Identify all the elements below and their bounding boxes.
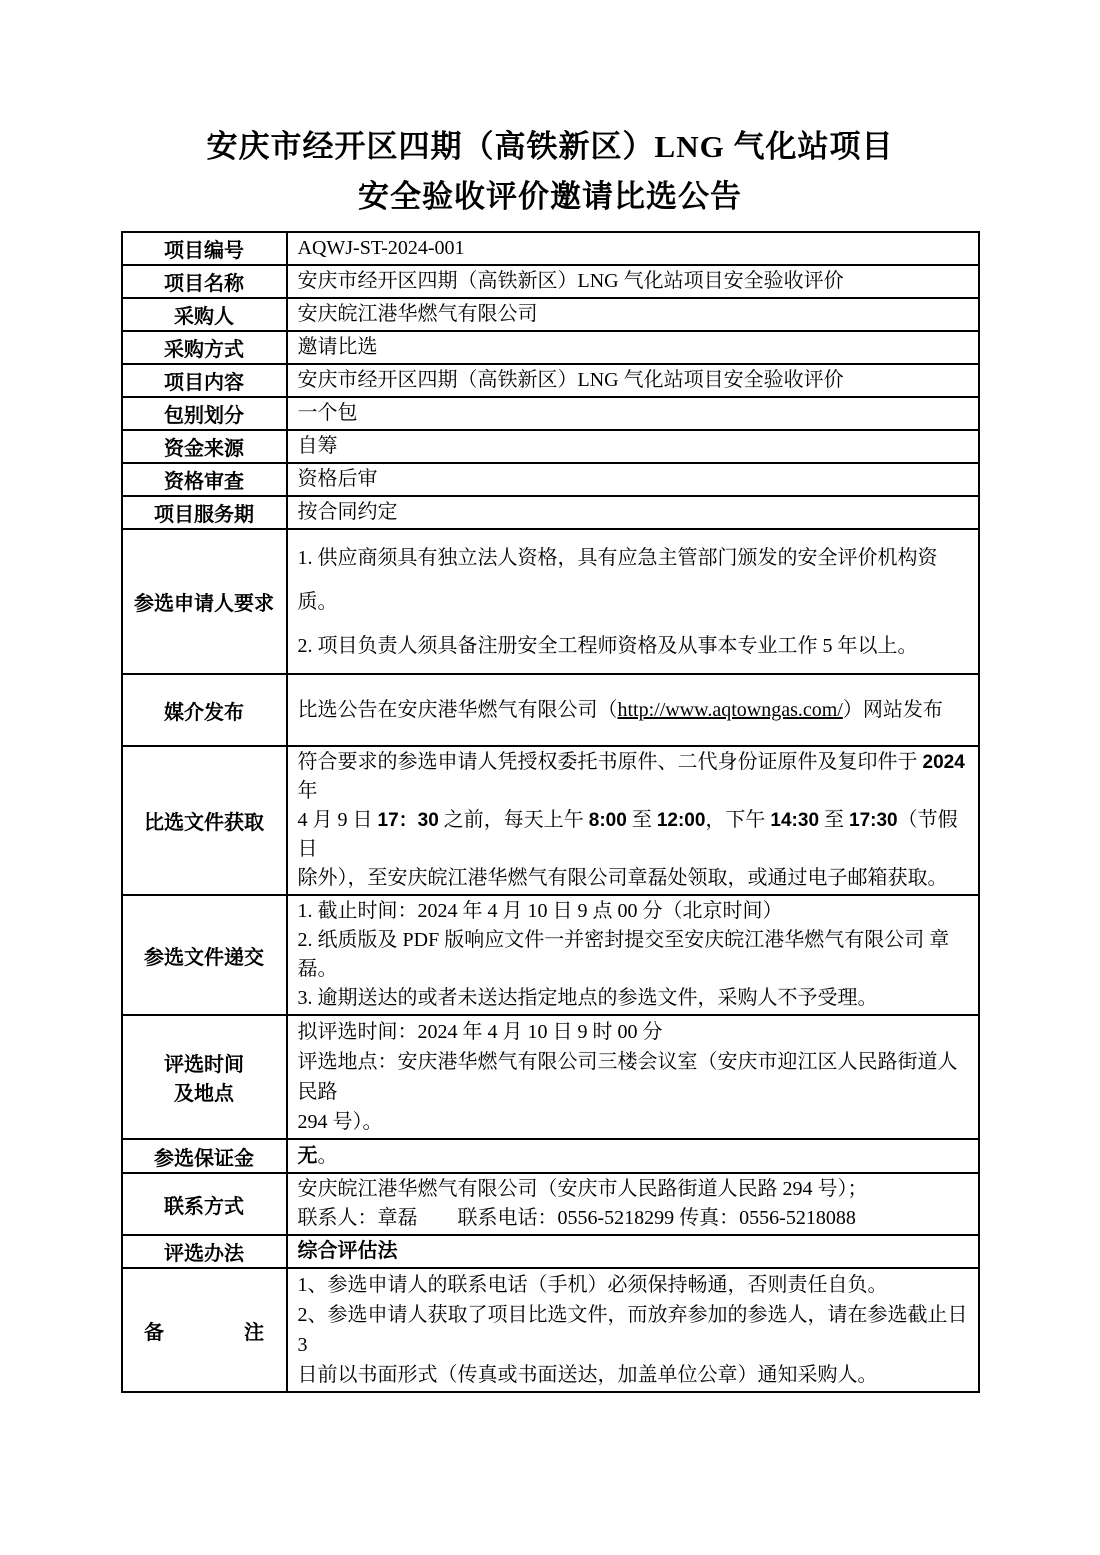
value-line: 综合评估法	[298, 1237, 969, 1266]
row-value-media-publication: 比选公告在安庆港华燃气有限公司（http://www.aqtowngas.com…	[287, 674, 979, 746]
value-line: 资格后审	[298, 465, 969, 494]
text-segment: 安庆市经开区四期（高铁新区）LNG 气化站项目安全验收评价	[298, 270, 844, 292]
row-value-procurement-method: 邀请比选	[287, 331, 979, 364]
text-segment: 联系人：章磊 联系电话：0556-5218299 传真：0556-5218088	[298, 1207, 856, 1229]
value-line: 无。	[298, 1142, 969, 1171]
announcement-table: 项目编号AQWJ-ST-2024-001项目名称安庆市经开区四期（高铁新区）LN…	[121, 231, 980, 1393]
row-label-qualification-review: 资格审查	[122, 463, 287, 496]
row-label-project-number: 项目编号	[122, 232, 287, 265]
row-value-evaluation-time-place: 拟评选时间：2024 年 4 月 10 日 9 时 00 分评选地点：安庆港华燃…	[287, 1015, 979, 1139]
row-label-deposit: 参选保证金	[122, 1139, 287, 1173]
text-segment: 按合同约定	[298, 501, 398, 523]
row-value-project-name: 安庆市经开区四期（高铁新区）LNG 气化站项目安全验收评价	[287, 265, 979, 298]
text-segment: ）网站发布	[843, 699, 943, 721]
text-segment: 自筹	[298, 435, 338, 457]
text-segment: 综合评估法	[298, 1240, 398, 1262]
row-label-package-division: 包别划分	[122, 397, 287, 430]
text-segment: 至	[819, 809, 849, 831]
text-segment: 安庆皖江港华燃气有限公司	[298, 303, 538, 325]
text-segment: 4 月 9 日	[298, 809, 378, 831]
row-value-purchaser: 安庆皖江港华燃气有限公司	[287, 298, 979, 331]
row-label-project-content: 项目内容	[122, 364, 287, 397]
value-line: 联系人：章磊 联系电话：0556-5218299 传真：0556-5218088	[298, 1204, 969, 1233]
text-segment: 1. 截止时间：2024 年 4 月 10 日 9 点 00 分（北京时间）	[298, 900, 783, 922]
value-line: 1、参选申请人的联系电话（手机）必须保持畅通，否则责任自负。	[298, 1270, 969, 1300]
table-row-media-publication: 媒介发布比选公告在安庆港华燃气有限公司（http://www.aqtowngas…	[122, 674, 979, 746]
text-segment: 安庆皖江港华燃气有限公司（安庆市人民路街道人民路 294 号）；	[298, 1178, 868, 1200]
row-value-package-division: 一个包	[287, 397, 979, 430]
value-line: 比选公告在安庆港华燃气有限公司（http://www.aqtowngas.com…	[298, 696, 969, 725]
row-value-qualification-review: 资格后审	[287, 463, 979, 496]
table-row-document-acquisition: 比选文件获取符合要求的参选申请人凭授权委托书原件、二代身份证原件及复印件于 20…	[122, 746, 979, 895]
value-line: 符合要求的参选申请人凭授权委托书原件、二代身份证原件及复印件于 2024 年	[298, 748, 969, 806]
text-segment: 邀请比选	[298, 336, 378, 358]
text-segment: 17:30	[849, 810, 898, 831]
row-value-document-submission: 1. 截止时间：2024 年 4 月 10 日 9 点 00 分（北京时间）2.…	[287, 895, 979, 1015]
table-row-project-number: 项目编号AQWJ-ST-2024-001	[122, 232, 979, 265]
value-line: 按合同约定	[298, 498, 969, 527]
row-value-project-content: 安庆市经开区四期（高铁新区）LNG 气化站项目安全验收评价	[287, 364, 979, 397]
value-line: 1. 供应商须具有独立法人资格，具有应急主管部门颁发的安全评价机构资质。	[298, 536, 969, 624]
text-segment: 之前，每天上午	[439, 809, 589, 831]
text-segment: 一个包	[298, 402, 358, 424]
text-segment: 14:30	[770, 810, 819, 831]
table-row-deposit: 参选保证金无。	[122, 1139, 979, 1173]
table-row-evaluation-method: 评选办法综合评估法	[122, 1235, 979, 1268]
value-line: 日前以书面形式（传真或书面送达，加盖单位公章）通知采购人。	[298, 1360, 969, 1390]
text-segment: 2. 项目负责人须具备注册安全工程师资格及从事本专业工作 5 年以上。	[298, 635, 918, 657]
text-segment: 3. 逾期送达的或者未送达指定地点的参选文件，采购人不予受理。	[298, 987, 878, 1009]
document-page: 安庆市经开区四期（高铁新区）LNG 气化站项目 安全验收评价邀请比选公告 项目编…	[0, 0, 1100, 1555]
row-label-contact-info: 联系方式	[122, 1173, 287, 1235]
row-label-project-name: 项目名称	[122, 265, 287, 298]
text-segment: 1、参选申请人的联系电话（手机）必须保持畅通，否则责任自负。	[298, 1274, 888, 1296]
value-line: 294 号）。	[298, 1107, 969, 1137]
row-label-document-acquisition: 比选文件获取	[122, 746, 287, 895]
row-value-project-number: AQWJ-ST-2024-001	[287, 232, 979, 265]
page-title-line-2: 安全验收评价邀请比选公告	[0, 172, 1100, 222]
row-value-applicant-requirements: 1. 供应商须具有独立法人资格，具有应急主管部门颁发的安全评价机构资质。2. 项…	[287, 529, 979, 674]
value-line: 拟评选时间：2024 年 4 月 10 日 9 时 00 分	[298, 1017, 969, 1047]
text-segment: 17：30	[378, 810, 439, 831]
table-row-project-content: 项目内容安庆市经开区四期（高铁新区）LNG 气化站项目安全验收评价	[122, 364, 979, 397]
row-label-applicant-requirements: 参选申请人要求	[122, 529, 287, 674]
value-line: 安庆市经开区四期（高铁新区）LNG 气化站项目安全验收评价	[298, 267, 969, 296]
text-segment: 294 号）。	[298, 1111, 383, 1133]
value-line: 安庆皖江港华燃气有限公司（安庆市人民路街道人民路 294 号）；	[298, 1175, 969, 1204]
row-value-document-acquisition: 符合要求的参选申请人凭授权委托书原件、二代身份证原件及复印件于 2024 年4 …	[287, 746, 979, 895]
row-label-evaluation-time-place: 评选时间 及地点	[122, 1015, 287, 1139]
value-line: 2. 项目负责人须具备注册安全工程师资格及从事本专业工作 5 年以上。	[298, 624, 969, 668]
table-row-remarks: 备 注1、参选申请人的联系电话（手机）必须保持畅通，否则责任自负。2、参选申请人…	[122, 1268, 979, 1392]
value-line: 除外），至安庆皖江港华燃气有限公司章磊处领取，或通过电子邮箱获取。	[298, 864, 969, 893]
table-row-applicant-requirements: 参选申请人要求1. 供应商须具有独立法人资格，具有应急主管部门颁发的安全评价机构…	[122, 529, 979, 674]
text-segment: 至	[627, 809, 657, 831]
row-label-document-submission: 参选文件递交	[122, 895, 287, 1015]
table-row-purchaser: 采购人安庆皖江港华燃气有限公司	[122, 298, 979, 331]
media-url-link[interactable]: http://www.aqtowngas.com/	[618, 699, 843, 721]
text-segment: 2. 纸质版及 PDF 版响应文件一并密封提交至安庆皖江港华燃气有限公司 章磊。	[298, 929, 950, 980]
row-value-evaluation-method: 综合评估法	[287, 1235, 979, 1268]
text-segment: 符合要求的参选申请人凭授权委托书原件、二代身份证原件及复印件于	[298, 751, 923, 773]
table-row-procurement-method: 采购方式邀请比选	[122, 331, 979, 364]
row-label-purchaser: 采购人	[122, 298, 287, 331]
text-segment: 日前以书面形式（传真或书面送达，加盖单位公章）通知采购人。	[298, 1364, 878, 1386]
text-segment: 除外），至安庆皖江港华燃气有限公司章磊处领取，或通过电子邮箱获取。	[298, 867, 948, 889]
table-row-service-period: 项目服务期按合同约定	[122, 496, 979, 529]
row-value-deposit: 无。	[287, 1139, 979, 1173]
value-line: 一个包	[298, 399, 969, 428]
value-line: 1. 截止时间：2024 年 4 月 10 日 9 点 00 分（北京时间）	[298, 897, 969, 926]
value-line: 4 月 9 日 17：30 之前，每天上午 8:00 至 12:00，下午 14…	[298, 806, 969, 864]
table-row-qualification-review: 资格审查资格后审	[122, 463, 979, 496]
row-value-contact-info: 安庆皖江港华燃气有限公司（安庆市人民路街道人民路 294 号）；联系人：章磊 联…	[287, 1173, 979, 1235]
value-line: 邀请比选	[298, 333, 969, 362]
value-line: AQWJ-ST-2024-001	[298, 234, 969, 263]
table-row-package-division: 包别划分一个包	[122, 397, 979, 430]
value-line: 2、参选申请人获取了项目比选文件，而放弃参加的参选人，请在参选截止日 3	[298, 1300, 969, 1360]
text-segment: 年	[298, 780, 318, 802]
text-segment: 拟评选时间：2024 年 4 月 10 日 9 时 00 分	[298, 1021, 663, 1043]
row-label-funding-source: 资金来源	[122, 430, 287, 463]
table-row-project-name: 项目名称安庆市经开区四期（高铁新区）LNG 气化站项目安全验收评价	[122, 265, 979, 298]
row-label-procurement-method: 采购方式	[122, 331, 287, 364]
row-value-service-period: 按合同约定	[287, 496, 979, 529]
page-title: 安庆市经开区四期（高铁新区）LNG 气化站项目 安全验收评价邀请比选公告	[0, 0, 1100, 222]
text-segment: 无	[298, 1145, 318, 1167]
value-line: 3. 逾期送达的或者未送达指定地点的参选文件，采购人不予受理。	[298, 984, 969, 1013]
table-row-document-submission: 参选文件递交1. 截止时间：2024 年 4 月 10 日 9 点 00 分（北…	[122, 895, 979, 1015]
text-segment: 8:00	[589, 810, 627, 831]
text-segment: 2024	[923, 752, 965, 773]
text-segment: 12:00	[657, 810, 706, 831]
announcement-table-body: 项目编号AQWJ-ST-2024-001项目名称安庆市经开区四期（高铁新区）LN…	[122, 232, 979, 1392]
text-segment: 评选地点：安庆港华燃气有限公司三楼会议室（安庆市迎江区人民路街道人民路	[298, 1051, 958, 1103]
text-segment: 比选公告在安庆港华燃气有限公司（	[298, 699, 618, 721]
table-row-evaluation-time-place: 评选时间 及地点拟评选时间：2024 年 4 月 10 日 9 时 00 分评选…	[122, 1015, 979, 1139]
text-segment: 资格后审	[298, 468, 378, 490]
row-value-remarks: 1、参选申请人的联系电话（手机）必须保持畅通，否则责任自负。2、参选申请人获取了…	[287, 1268, 979, 1392]
table-row-funding-source: 资金来源自筹	[122, 430, 979, 463]
text-segment: 2、参选申请人获取了项目比选文件，而放弃参加的参选人，请在参选截止日 3	[298, 1304, 968, 1356]
value-line: 评选地点：安庆港华燃气有限公司三楼会议室（安庆市迎江区人民路街道人民路	[298, 1047, 969, 1107]
value-line: 安庆市经开区四期（高铁新区）LNG 气化站项目安全验收评价	[298, 366, 969, 395]
row-label-media-publication: 媒介发布	[122, 674, 287, 746]
value-line: 安庆皖江港华燃气有限公司	[298, 300, 969, 329]
row-label-evaluation-method: 评选办法	[122, 1235, 287, 1268]
value-line: 2. 纸质版及 PDF 版响应文件一并密封提交至安庆皖江港华燃气有限公司 章磊。	[298, 926, 969, 984]
value-line: 自筹	[298, 432, 969, 461]
table-row-contact-info: 联系方式安庆皖江港华燃气有限公司（安庆市人民路街道人民路 294 号）；联系人：…	[122, 1173, 979, 1235]
text-segment: 安庆市经开区四期（高铁新区）LNG 气化站项目安全验收评价	[298, 369, 844, 391]
row-value-funding-source: 自筹	[287, 430, 979, 463]
text-segment: ，下午	[705, 809, 770, 831]
page-title-line-1: 安庆市经开区四期（高铁新区）LNG 气化站项目	[0, 122, 1100, 172]
text-segment: 1. 供应商须具有独立法人资格，具有应急主管部门颁发的安全评价机构资质。	[298, 547, 938, 613]
text-segment: AQWJ-ST-2024-001	[298, 237, 465, 259]
row-label-service-period: 项目服务期	[122, 496, 287, 529]
row-label-remarks: 备 注	[122, 1268, 287, 1392]
text-segment: 。	[318, 1145, 338, 1167]
